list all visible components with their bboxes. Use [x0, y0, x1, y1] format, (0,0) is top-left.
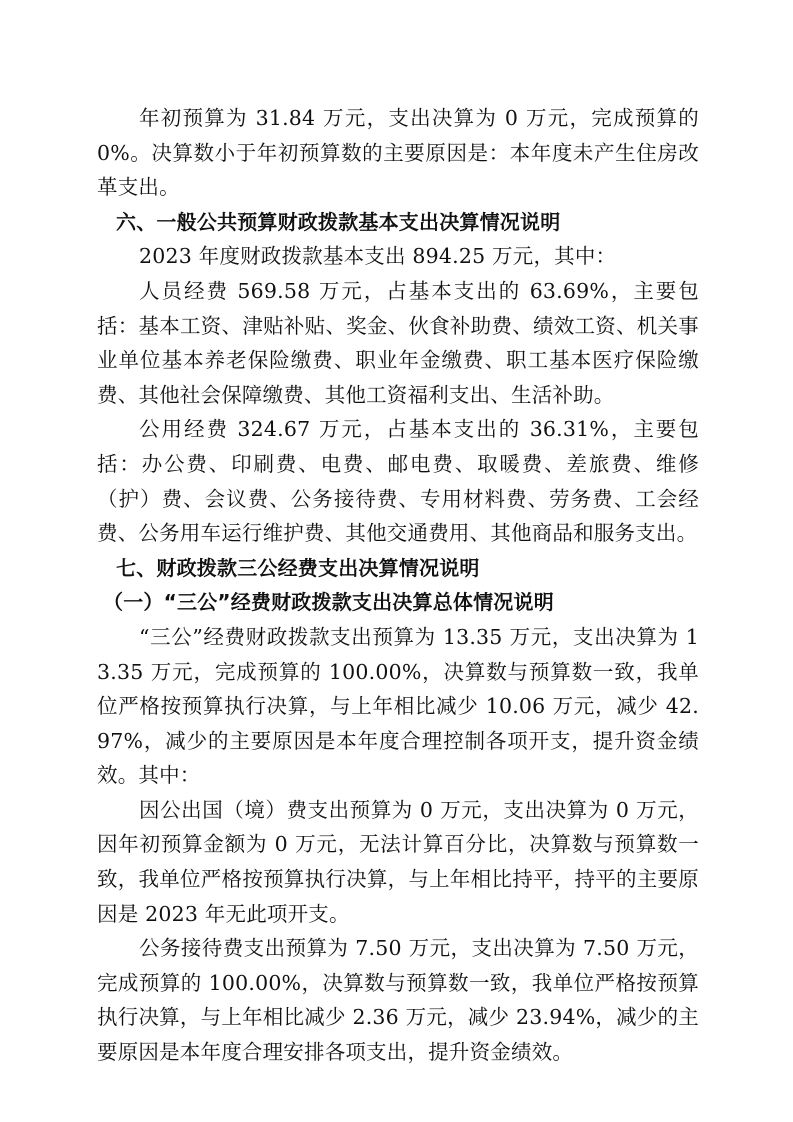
paragraph-overseas-travel: 因公出国（境）费支出预算为 0 万元，支出决算为 0 万元，因年初预算金额为 0…: [97, 793, 699, 931]
document-page: 年初预算为 31.84 万元，支出决算为 0 万元，完成预算的 0%。决算数小于…: [97, 101, 699, 1070]
paragraph-basic-expenditure-total: 2023 年度财政拨款基本支出 894.25 万元，其中：: [97, 239, 699, 274]
paragraph-three-public-summary: “三公”经费财政拨款支出预算为 13.35 万元，支出决算为 13.35 万元，…: [97, 620, 699, 793]
heading-section-7: 七、财政拨款三公经费支出决算情况说明: [97, 551, 699, 586]
paragraph-housing-reform: 年初预算为 31.84 万元，支出决算为 0 万元，完成预算的 0%。决算数小于…: [97, 101, 699, 205]
paragraph-personnel-expenses: 人员经费 569.58 万元，占基本支出的 63.69%，主要包括：基本工资、津…: [97, 274, 699, 412]
heading-section-6: 六、一般公共预算财政拨款基本支出决算情况说明: [97, 205, 699, 240]
paragraph-official-reception: 公务接待费支出预算为 7.50 万元，支出决算为 7.50 万元，完成预算的 1…: [97, 931, 699, 1069]
paragraph-public-expenses: 公用经费 324.67 万元，占基本支出的 36.31%，主要包括：办公费、印刷…: [97, 412, 699, 550]
subheading-three-public-overview: （一）“三公”经费财政拨款支出决算总体情况说明: [97, 585, 699, 620]
